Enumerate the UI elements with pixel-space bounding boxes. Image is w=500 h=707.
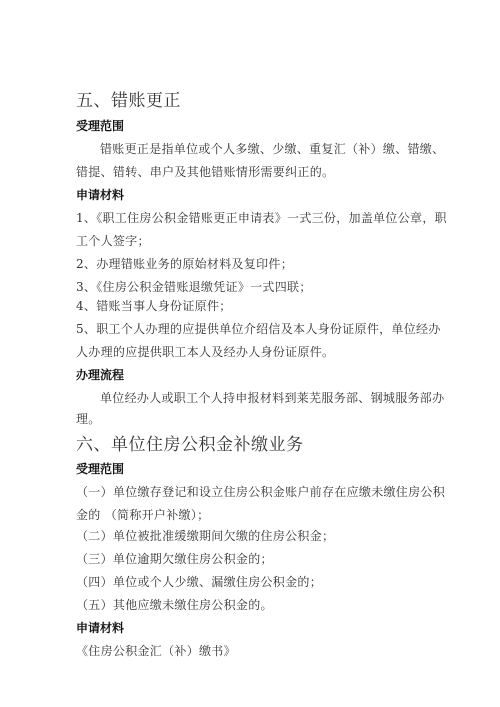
- section-5-material-item: 人办理的应提供职工本人及经办人身份证原件。: [76, 343, 334, 360]
- section-5-scope-line: 错账更正是指单位或个人多缴、少缴、重复汇（补）缴、错缴、: [100, 140, 444, 157]
- section-6-scope-item: （五）其他应缴未缴住房公积金的。: [76, 596, 273, 613]
- section-6-scope-heading: 受理范围: [76, 460, 124, 477]
- section-6-scope-item: （二）单位被批准缓缴期间欠缴的住房公积金；: [76, 527, 334, 544]
- section-5-process-line: 理。: [76, 410, 101, 427]
- section-5-material-item: 2、办理错账业务的原始材料及复印件；: [76, 255, 293, 272]
- section-6-scope-item: 金的 （简称开户补缴）；: [76, 506, 209, 523]
- section-6-materials-heading: 申请材料: [76, 619, 124, 636]
- section-5-scope-heading: 受理范围: [76, 117, 124, 134]
- section-6-title: 六、单位住房公积金补缴业务: [76, 430, 304, 455]
- section-5-material-item: 工个人签字；: [76, 232, 150, 249]
- section-6-scope-item: （四）单位或个人少缴、漏缴住房公积金的；: [76, 573, 322, 590]
- section-5-materials-heading: 申请材料: [76, 186, 124, 203]
- section-5-scope-line: 错提、错转、串户及其他错账情形需要纠正的。: [76, 163, 334, 180]
- section-5-process-heading: 办理流程: [76, 366, 124, 383]
- section-5-material-item: 5、职工个人办理的应提供单位介绍信及本人身份证原件，单位经办: [76, 320, 441, 337]
- section-5-material-item: 3、《住房公积金错账退缴凭证》一式四联；: [76, 278, 312, 295]
- section-6-scope-item: （一）单位缴存登记和设立住房公积金账户前存在应缴未缴住房公积: [76, 483, 445, 500]
- section-6-material-item: 《住房公积金汇（补）缴书》: [76, 642, 236, 659]
- section-5-material-item: 1、《职工住房公积金错账更正申请表》一式三份，加盖单位公章，职: [76, 209, 447, 226]
- section-5-material-item: 4、错账当事人身份证原件；: [76, 297, 232, 314]
- section-5-title: 五、错账更正: [76, 86, 181, 111]
- section-5-process-line: 单位经办人或职工个人持申报材料到莱芜服务部、钢城服务部办: [100, 389, 444, 406]
- section-6-scope-item: （三）单位逾期欠缴住房公积金的；: [76, 550, 273, 567]
